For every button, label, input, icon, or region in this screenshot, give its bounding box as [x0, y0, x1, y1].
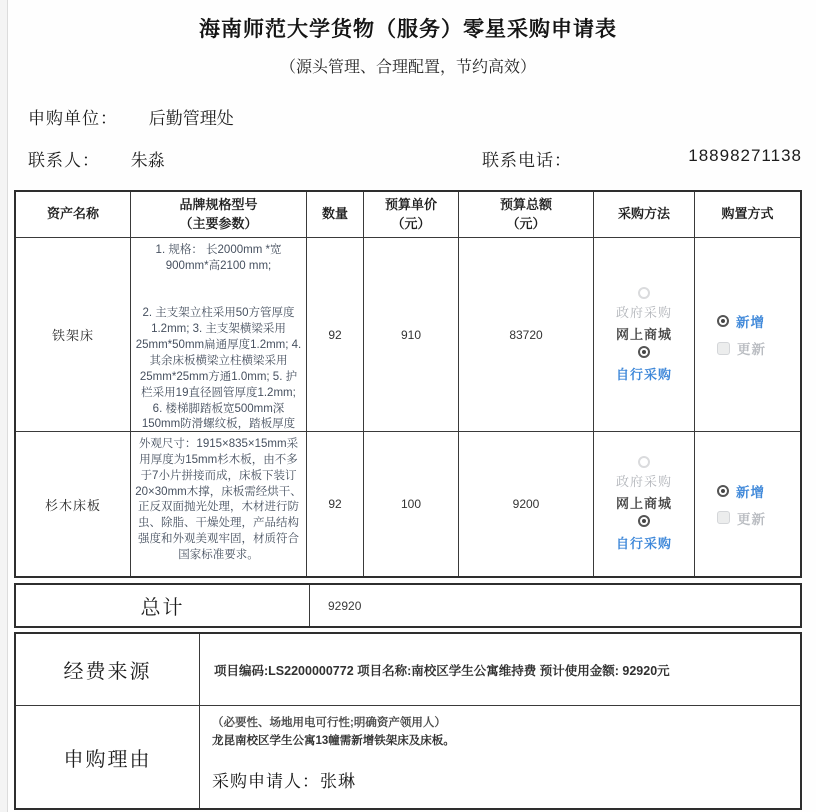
gov-procure-option[interactable]: 政府采购	[616, 302, 672, 321]
radio-selected-icon[interactable]	[638, 346, 650, 358]
row2-total: 9200	[459, 432, 594, 576]
row2-qty: 92	[307, 432, 364, 576]
row2-asset-name: 杉木床板	[16, 432, 131, 576]
phone-label: 联系电话：	[482, 146, 572, 171]
online-mall-option[interactable]: 网上商城	[616, 493, 672, 512]
unit-label: 申购单位：	[28, 109, 118, 128]
col-header-qty: 数量	[307, 192, 364, 238]
radio-unselected-icon[interactable]	[638, 456, 650, 468]
page-edge-line	[7, 0, 8, 812]
page-edge-strip	[0, 0, 7, 812]
row2-method-cell: 政府采购 网上商城 自行采购	[594, 432, 695, 576]
row1-qty: 92	[307, 238, 364, 432]
page-subtitle: （源头管理、合理配置，节约高效）	[0, 54, 816, 77]
row1-total: 83720	[459, 238, 594, 432]
update-option-label[interactable]: 更新	[737, 338, 766, 358]
row1-mode-cell: 新增 更新	[695, 238, 800, 432]
row1-spec: 1. 规格： 长2000mm *宽900mm*高2100 mm; 2. 主支架立…	[131, 238, 307, 432]
total-label: 总计	[16, 585, 310, 626]
row1-asset-name: 铁架床	[16, 238, 131, 432]
col-header-mode: 购置方式	[695, 192, 800, 238]
row2-unit-price: 100	[364, 432, 459, 576]
row2-mode-cell: 新增 更新	[695, 432, 800, 576]
applicant-line: 采购申请人：张琳	[212, 767, 788, 792]
reason-hint: （必要性、场地用电可行性;明确资产领用人）	[212, 714, 788, 732]
row1-unit-price: 910	[364, 238, 459, 432]
funding-reason-box: 经费来源 项目编码:LS2200000772 项目名称:南校区学生公寓维持费 预…	[14, 632, 802, 810]
new-option[interactable]: 新增	[717, 481, 765, 501]
self-procure-link[interactable]: 自行采购	[616, 533, 672, 552]
col-header-method: 采购方法	[594, 192, 695, 238]
unit-value: 后勤管理处	[149, 109, 234, 128]
col-header-unit-price: 预算单价（元）	[364, 192, 459, 238]
applicant-unit-row: 申购单位： 后勤管理处	[28, 104, 234, 129]
self-procure-link[interactable]: 自行采购	[616, 364, 672, 383]
new-option[interactable]: 新增	[717, 311, 765, 331]
radio-selected-icon[interactable]	[717, 315, 729, 327]
total-value: 92920	[310, 585, 800, 626]
contact-row: 联系人： 朱淼	[28, 146, 165, 171]
checkbox-disabled-icon[interactable]	[717, 511, 730, 524]
col-header-asset-name: 资产名称	[16, 192, 131, 238]
gov-procure-option[interactable]: 政府采购	[616, 471, 672, 490]
total-row: 总计 92920	[14, 583, 802, 628]
checkbox-disabled-icon[interactable]	[717, 342, 730, 355]
col-header-total: 预算总额（元）	[459, 192, 594, 238]
online-mall-option[interactable]: 网上商城	[616, 324, 672, 343]
col-header-spec: 品牌规格型号（主要参数）	[131, 192, 307, 238]
new-option-label[interactable]: 新增	[736, 481, 765, 501]
row1-method-cell: 政府采购 网上商城 自行采购	[594, 238, 695, 432]
radio-selected-icon[interactable]	[638, 515, 650, 527]
radio-selected-icon[interactable]	[717, 485, 729, 497]
reason-body: （必要性、场地用电可行性;明确资产领用人） 龙昆南校区学生公寓13幢需新增铁架床…	[200, 706, 800, 808]
reason-text: 龙昆南校区学生公寓13幢需新增铁架床及床板。	[212, 732, 788, 750]
contact-label: 联系人：	[28, 151, 100, 170]
funding-label: 经费来源	[16, 634, 200, 706]
row2-spec: 外观尺寸：1915×835×15mm采用厚度为15mm杉木板，由不多于7小片拼接…	[131, 432, 307, 576]
update-option[interactable]: 更新	[717, 508, 766, 528]
phone-value: 18898271138	[688, 146, 802, 166]
radio-unselected-icon[interactable]	[638, 287, 650, 299]
update-option-label[interactable]: 更新	[737, 508, 766, 528]
update-option[interactable]: 更新	[717, 338, 766, 358]
reason-label: 申购理由	[16, 706, 200, 808]
page-title: 海南师范大学货物（服务）零星采购申请表	[0, 13, 816, 43]
procurement-request-form: 海南师范大学货物（服务）零星采购申请表 （源头管理、合理配置，节约高效） 申购单…	[0, 0, 816, 812]
funding-value: 项目编码:LS2200000772 项目名称:南校区学生公寓维持费 预计使用金额…	[200, 634, 800, 706]
items-table: 资产名称 品牌规格型号（主要参数） 数量 预算单价（元） 预算总额（元） 采购方…	[14, 190, 802, 578]
new-option-label[interactable]: 新增	[736, 311, 765, 331]
contact-value: 朱淼	[131, 151, 165, 170]
